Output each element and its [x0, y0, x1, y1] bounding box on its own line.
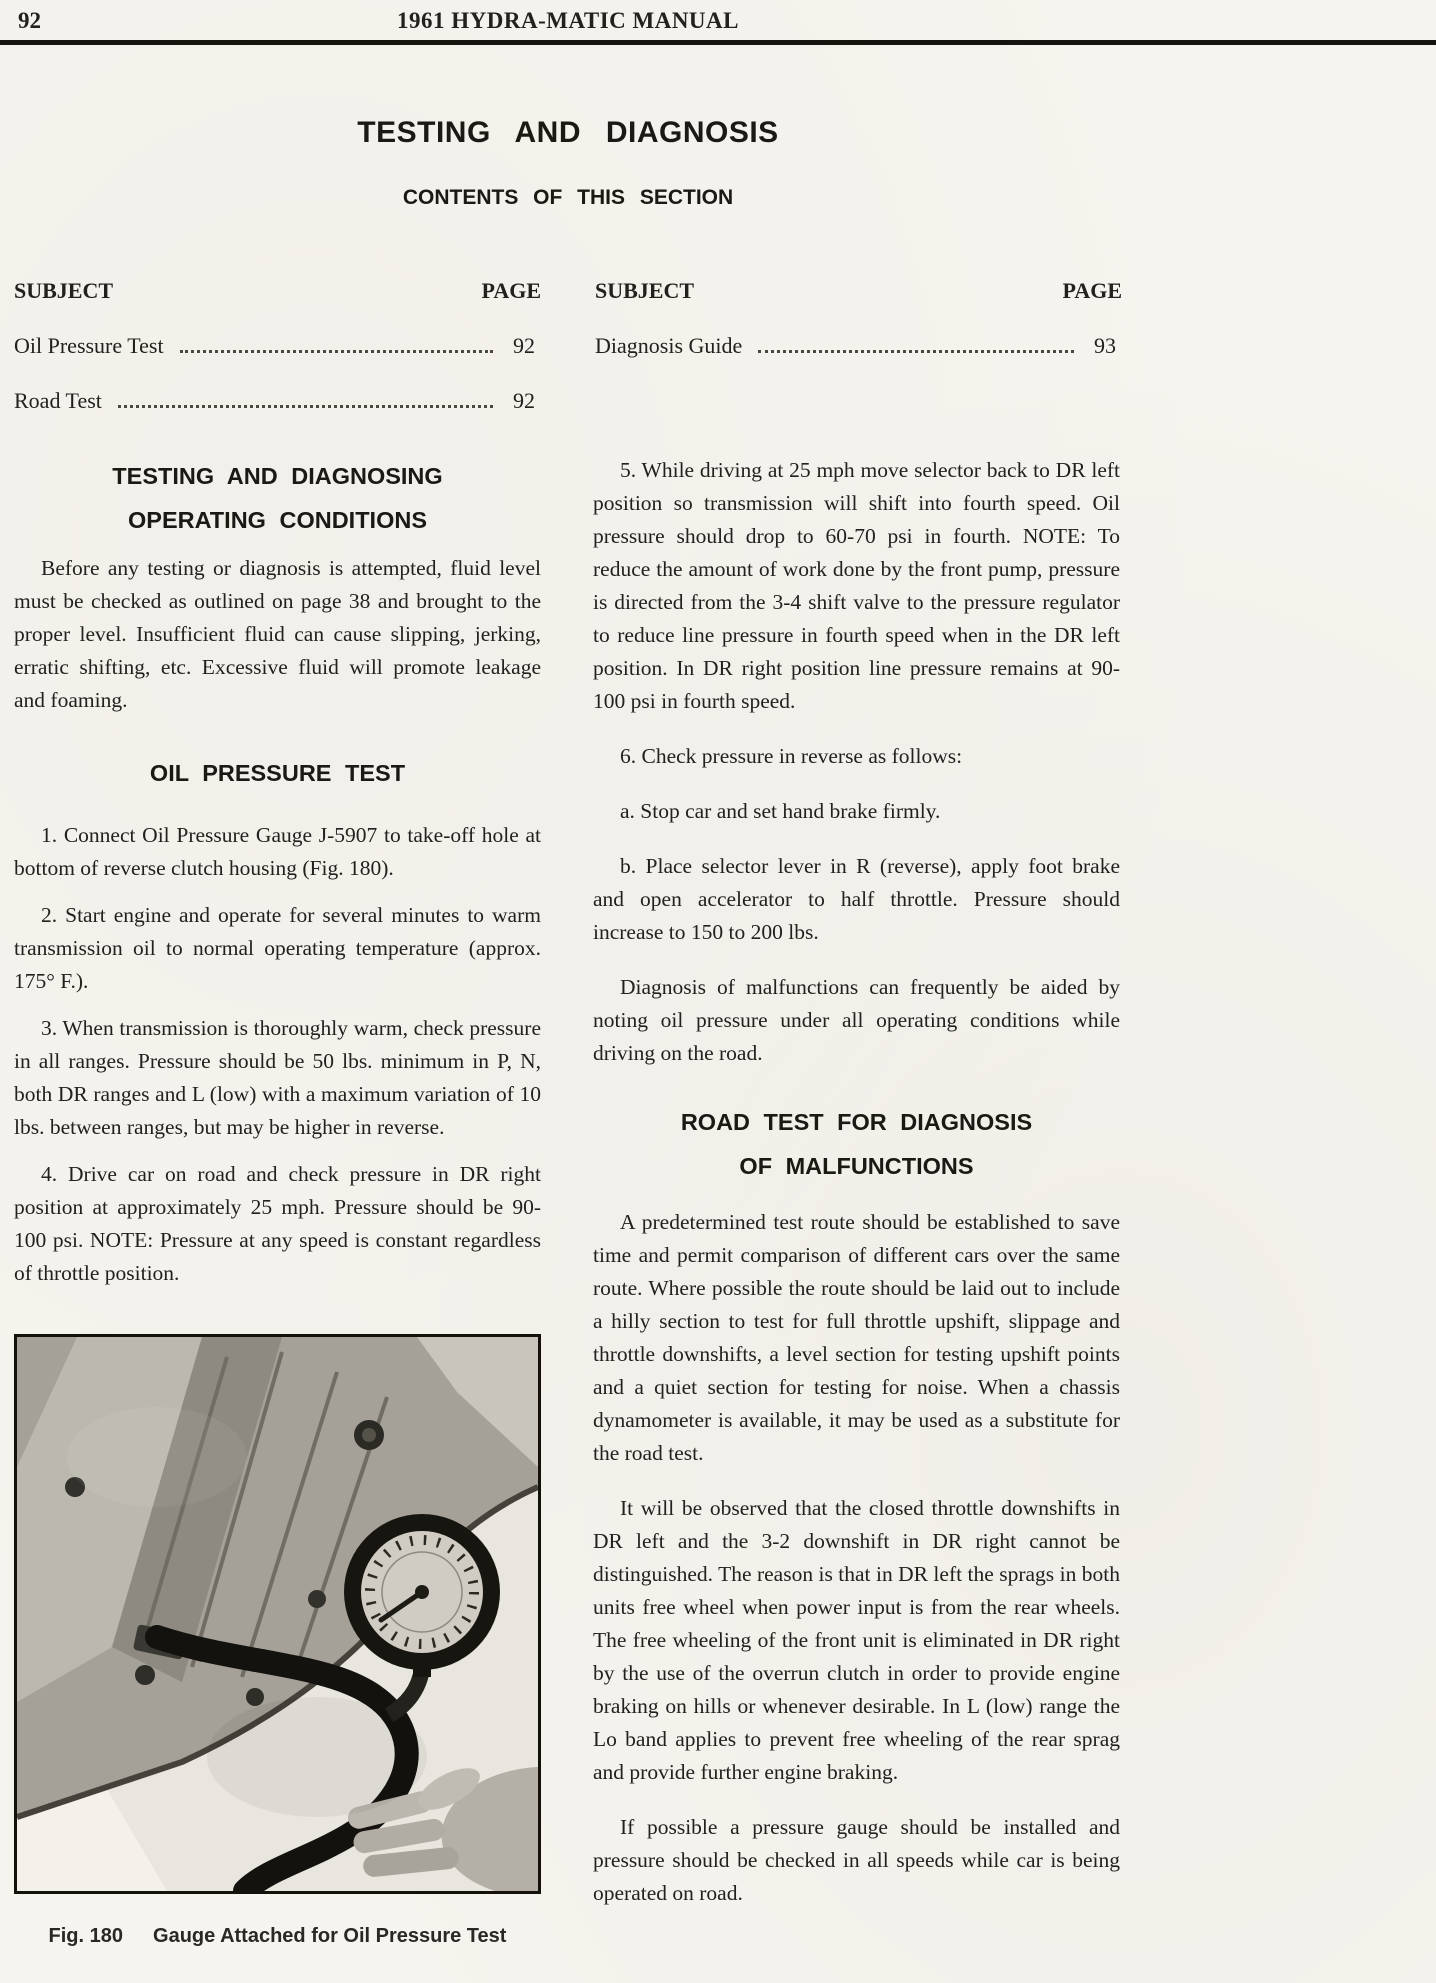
toc-right-header: SUBJECT PAGE [595, 278, 1122, 304]
manual-page: 92 1961 HYDRA-MATIC MANUAL TESTING AND D… [0, 0, 1436, 1983]
running-title: 1961 HYDRA-MATIC MANUAL [14, 8, 1122, 34]
bolt-head [308, 1590, 326, 1608]
toc-entry: Oil Pressure Test 92 [14, 333, 541, 359]
section-title: TESTING AND DIAGNOSIS [14, 116, 1122, 150]
heading-line: ROAD TEST FOR DIAGNOSIS [681, 1109, 1032, 1135]
figure-caption: Fig. 180Gauge Attached for Oil Pressure … [14, 1920, 541, 1953]
toc-entry-subject: Diagnosis Guide [595, 333, 742, 359]
step-paragraph: a. Stop car and set hand brake firmly. [593, 795, 1120, 828]
heading-oil-pressure-test: OIL PRESSURE TEST [14, 751, 541, 795]
paragraph: Before any testing or diagnosis is attem… [14, 552, 541, 717]
toc-entry-page: 93 [1086, 333, 1122, 359]
figure-photo [14, 1334, 541, 1894]
left-text-column: TESTING AND DIAGNOSING OPERATING CONDITI… [14, 454, 541, 1953]
toc-left-header: SUBJECT PAGE [14, 278, 541, 304]
figure-180 [14, 1334, 541, 1894]
toc-subject-header: SUBJECT [595, 278, 694, 304]
running-head: 92 1961 HYDRA-MATIC MANUAL [14, 0, 1122, 40]
step-paragraph: 3. When transmission is thoroughly warm,… [14, 1012, 541, 1144]
paragraph: It will be observed that the closed thro… [593, 1492, 1120, 1789]
toc-page-header: PAGE [1063, 278, 1122, 304]
heading-road-test: ROAD TEST FOR DIAGNOSIS OF MALFUNCTIONS [593, 1100, 1120, 1188]
page-content: 92 1961 HYDRA-MATIC MANUAL TESTING AND D… [14, 0, 1122, 1953]
right-text-column: 5. While driving at 25 mph move selector… [593, 454, 1120, 1924]
figure-caption-label: Fig. 180 [49, 1925, 123, 1947]
toc-left-column: SUBJECT PAGE Oil Pressure Test 92 Road T… [14, 278, 541, 414]
body-columns: TESTING AND DIAGNOSING OPERATING CONDITI… [14, 454, 1122, 1953]
step-paragraph: 6. Check pressure in reverse as follows: [593, 740, 1120, 773]
paragraph: A predetermined test route should be est… [593, 1206, 1120, 1470]
contents-title: CONTENTS OF THIS SECTION [14, 186, 1122, 210]
step-paragraph: 2. Start engine and operate for several … [14, 899, 541, 998]
photo-grain [207, 1697, 427, 1817]
bolt-head [246, 1688, 264, 1706]
heading-line: TESTING AND DIAGNOSING [112, 463, 442, 489]
paragraph: If possible a pressure gauge should be i… [593, 1811, 1120, 1910]
toc-right-column: SUBJECT PAGE Diagnosis Guide 93 [595, 278, 1122, 414]
dot-leader [180, 350, 493, 353]
toc-entry-page: 92 [505, 333, 541, 359]
figure-photo-illustration [17, 1337, 538, 1891]
heading-line: OF MALFUNCTIONS [739, 1153, 973, 1179]
gauge-hub [415, 1585, 429, 1599]
photo-grain [67, 1407, 247, 1507]
heading-line: OPERATING CONDITIONS [128, 507, 427, 533]
dot-leader [118, 405, 493, 408]
step-paragraph: 5. While driving at 25 mph move selector… [593, 454, 1120, 718]
toc-entry-page: 92 [505, 388, 541, 414]
toc-entry-subject: Road Test [14, 388, 102, 414]
bolt-head [362, 1428, 376, 1442]
step-paragraph: 4. Drive car on road and check pressure … [14, 1158, 541, 1290]
step-paragraph: 1. Connect Oil Pressure Gauge J-5907 to … [14, 819, 541, 885]
toc-entry: Road Test 92 [14, 388, 541, 414]
toc-entry-subject: Oil Pressure Test [14, 333, 164, 359]
heading-testing-and-diagnosing: TESTING AND DIAGNOSING OPERATING CONDITI… [14, 454, 541, 542]
gauge-stem [413, 1663, 431, 1677]
step-paragraph: b. Place selector lever in R (reverse), … [593, 850, 1120, 949]
toc-page-header: PAGE [482, 278, 541, 304]
figure-caption-text: Gauge Attached for Oil Pressure Test [153, 1925, 506, 1947]
toc-entry: Diagnosis Guide 93 [595, 333, 1122, 359]
dot-leader [758, 350, 1074, 353]
bolt-head [135, 1665, 155, 1685]
paragraph: Diagnosis of malfunctions can frequently… [593, 971, 1120, 1070]
toc-subject-header: SUBJECT [14, 278, 113, 304]
table-of-contents: SUBJECT PAGE Oil Pressure Test 92 Road T… [14, 278, 1122, 414]
